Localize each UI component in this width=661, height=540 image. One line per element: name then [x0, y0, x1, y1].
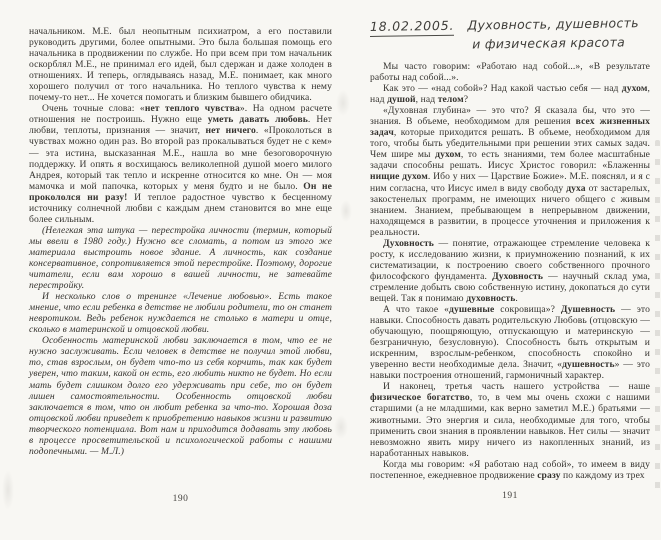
scan-artifact-smudge [334, 415, 348, 439]
paragraph: Когда мы говорим: «Я работаю над собой»,… [370, 459, 650, 481]
paragraph: И наконец, третья часть нашего устройств… [370, 381, 650, 458]
paragraph: И несколько слов о тренинге «Лечение люб… [29, 291, 332, 335]
right-page-text: Мы часто говорим: «Работаю над собой...»… [370, 61, 650, 481]
entry-date: 18.02.2005. [370, 17, 455, 37]
scan-artifact-smudge [2, 470, 14, 510]
book-spread: начальником. М.Е. был неопытным психиатр… [0, 0, 661, 540]
scan-artifact-smudge [336, 90, 350, 116]
paragraph: А что такое «душевные сокровища»? Душевн… [370, 304, 650, 381]
right-page: 18.02.2005. Духовность, душевность и физ… [370, 16, 650, 481]
paragraph: «Духовная глубина» — это что? Я сказала … [370, 105, 650, 238]
entry-title-line2: и физическая красота [472, 33, 650, 52]
right-page-number: 191 [370, 491, 650, 501]
paragraph: (Нелегкая эта штука — перестройка личнос… [29, 225, 332, 291]
paragraph: Особенность материнской любви заключаетс… [29, 335, 332, 457]
entry-title-line1: Духовность, душевность [467, 15, 639, 32]
left-page-number: 190 [29, 494, 332, 504]
paragraph: Как это — «над собой»? Над какой частью … [370, 83, 650, 105]
left-page-text: начальником. М.Е. был неопытным психиатр… [29, 26, 332, 457]
paragraph: Мы часто говорим: «Работаю над собой...»… [370, 61, 650, 83]
scan-artifact-smudge [340, 200, 352, 222]
paragraph: Очень точные слова: «нет теплого чувства… [29, 103, 332, 225]
scan-artifact-edge-marks [655, 140, 660, 490]
left-page: начальником. М.Е. был неопытным психиатр… [29, 26, 332, 457]
paragraph: начальником. М.Е. был неопытным психиатр… [29, 26, 332, 103]
entry-header: 18.02.2005. Духовность, душевность и физ… [370, 14, 650, 54]
paragraph: Духовность — понятие, отражающее стремле… [370, 238, 650, 304]
